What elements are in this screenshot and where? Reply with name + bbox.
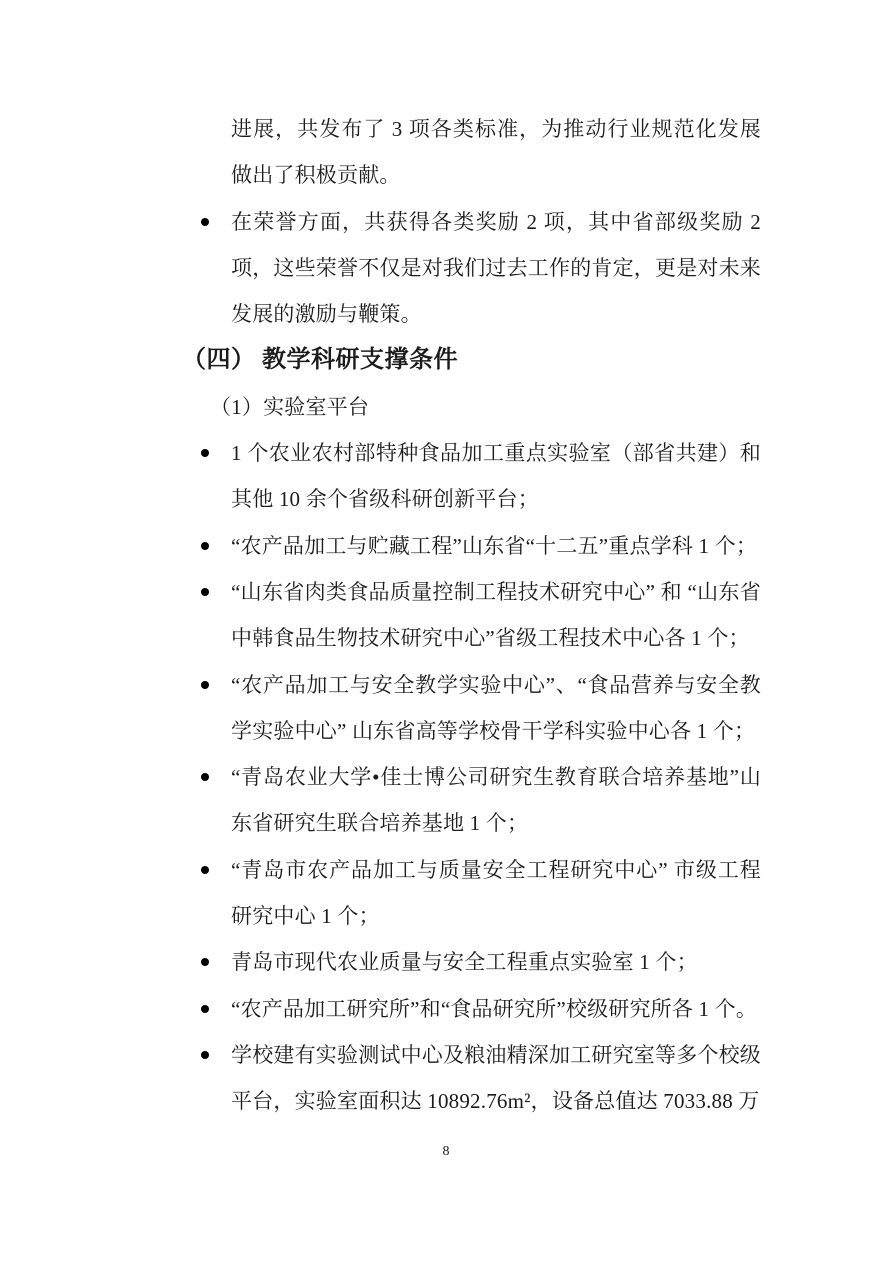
platform-bullet-item: 学校建有实验测试中心及粮油精深加工研究室等多个校级平台，实验室面积达 10892…: [231, 1032, 761, 1125]
platform-bullet-item: “农产品加工研究所”和“食品研究所”校级研究所各 1 个。: [231, 986, 761, 1032]
platform-bullet-item: “农产品加工与贮藏工程”山东省“十二五”重点学科 1 个；: [231, 523, 761, 569]
platform-bullet-item: 1 个农业农村部特种食品加工重点实验室（部省共建）和其他 10 余个省级科研创新…: [231, 430, 761, 523]
document-page: 进展，共发布了 3 项各类标准，为推动行业规范化发展做出了积极贡献。 在荣誉方面…: [0, 0, 892, 1261]
honor-bullet-item: 在荣誉方面，共获得各类奖励 2 项，其中省部级奖励 2 项，这些荣誉不仅是对我们…: [231, 199, 761, 338]
list-subheading: （1）实验室平台: [210, 384, 761, 430]
page-number: 8: [0, 1144, 892, 1160]
intro-continuation-paragraph: 进展，共发布了 3 项各类标准，为推动行业规范化发展做出了积极贡献。: [231, 106, 761, 199]
section-heading: （四） 教学科研支撑条件: [182, 337, 761, 383]
document-body: 进展，共发布了 3 项各类标准，为推动行业规范化发展做出了积极贡献。 在荣誉方面…: [231, 106, 761, 1125]
platform-bullet-item: “山东省肉类食品质量控制工程技术研究中心” 和 “山东省中韩食品生物技术研究中心…: [231, 569, 761, 662]
platform-bullet-item: “青岛市农产品加工与质量安全工程研究中心” 市级工程研究中心 1 个；: [231, 847, 761, 940]
platform-bullet-item: “农产品加工与安全教学实验中心”、“食品营养与安全教学实验中心” 山东省高等学校…: [231, 662, 761, 755]
platform-bullet-item: “青岛农业大学•佳士博公司研究生教育联合培养基地”山东省研究生联合培养基地 1 …: [231, 754, 761, 847]
platform-bullet-item: 青岛市现代农业质量与安全工程重点实验室 1 个；: [231, 939, 761, 985]
